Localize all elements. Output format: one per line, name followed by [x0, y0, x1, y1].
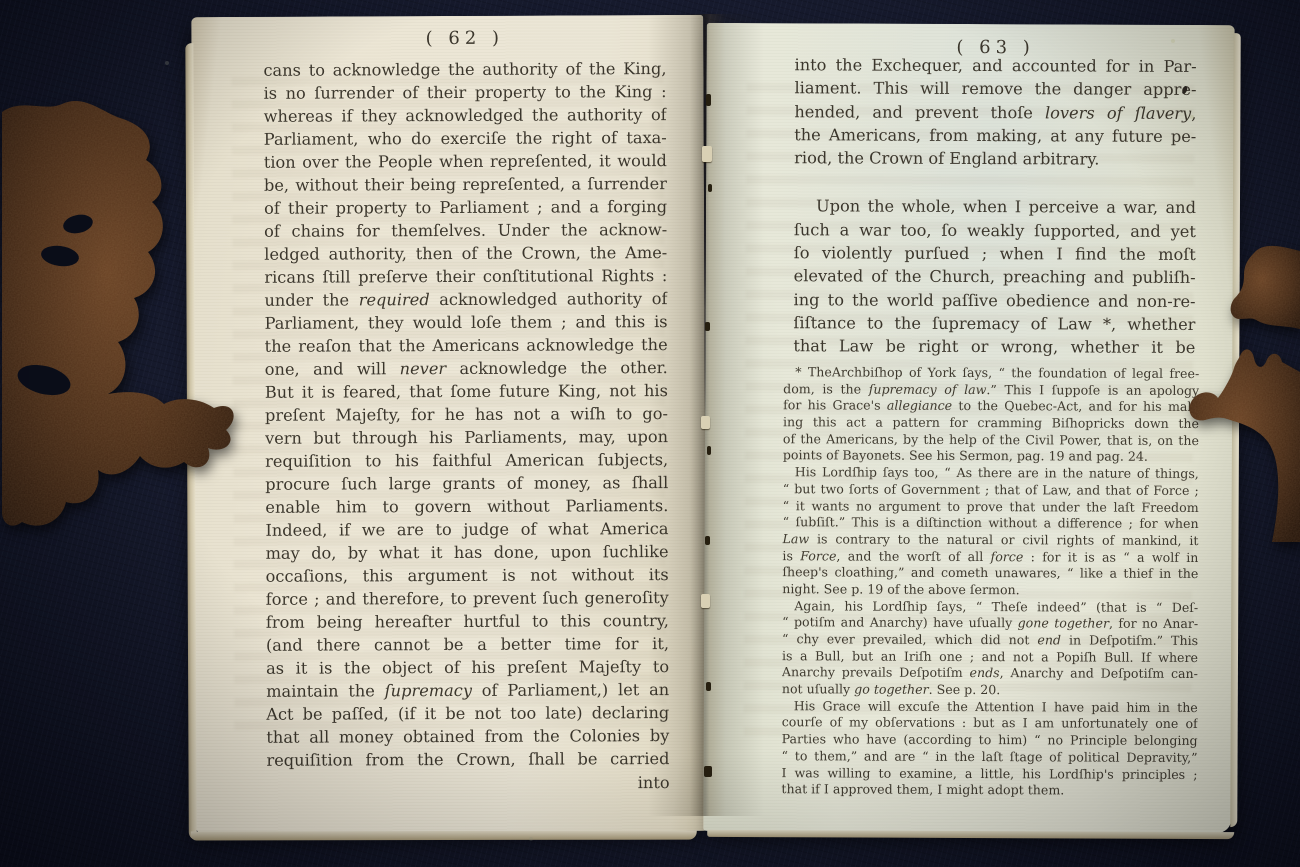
print-line: ing to the world paſſive obedience and n…	[794, 288, 1196, 313]
print-line: that if I approved them, I might adopt t…	[781, 781, 1197, 800]
print-line: Indeed, if we are to judge of what Ameri…	[265, 517, 668, 542]
print-line: ſheep's cloathing,” and cometh unawares,…	[782, 564, 1198, 583]
print-line: ledged authority, then of the Crown, the…	[264, 241, 667, 266]
print-line: is Force, and the worſt of all force : f…	[782, 548, 1198, 567]
print-line: I was willing to examine, a little, his …	[781, 765, 1197, 784]
metal-clasp-right-upper	[1228, 243, 1300, 339]
book-photograph: ( 62 ) cans to acknowledge the authority…	[0, 0, 1300, 867]
print-line: “ chy ever prevailed, which did not end …	[782, 631, 1198, 650]
print-line: hended, and prevent thoſe lovers of ſlav…	[794, 100, 1196, 125]
print-line: Parliament, who do exerciſe the right of…	[264, 126, 667, 151]
print-line: ſiſtance to the ſupremacy of Law *, whet…	[793, 311, 1195, 336]
print-line: maintain the ſupremacy of Parliament,) l…	[266, 678, 669, 703]
print-line: * TheArchbiſhop of York ſays, “ the foun…	[783, 364, 1199, 383]
print-line: (and there cannot be a better time for i…	[266, 632, 669, 657]
print-line: His Lordſhip ſays too, “ As there are in…	[783, 464, 1199, 483]
dust-specks	[0, 0, 2, 2]
print-line: “ potiſm and Anarchy) have uſually gone …	[782, 614, 1198, 633]
print-line: requiſition to his faithful American ſub…	[265, 448, 668, 473]
metal-clasp-left	[0, 96, 240, 536]
print-line: night. See p. 19 of the above ſermon.	[782, 581, 1198, 600]
print-line: riod, the Crown of England arbitrary.	[794, 146, 1196, 171]
print-line: of chains for themſelves. Under the ackn…	[264, 218, 667, 243]
print-line: procure ſuch large grants of money, as ſ…	[265, 471, 668, 496]
print-line: liament. This will remove the danger app…	[794, 77, 1196, 102]
footnote-paragraph-2: His Lordſhip ſays too, “ As there are in…	[782, 464, 1199, 599]
print-line: points of Bayonets. See his Sermon, pag.…	[783, 448, 1199, 467]
print-line: from being hereafter hurtful to this cou…	[266, 609, 669, 634]
print-line: requiſition from the Crown, ſhall be car…	[266, 747, 669, 772]
print-line: occaſions, this argument is not without …	[266, 563, 669, 588]
print-line: into the Exchequer, and accounted for in…	[795, 53, 1197, 78]
print-line: preſent Majeſty, for he has not a wiſh t…	[265, 402, 668, 427]
print-line: Parliament, they would loſe them ; and t…	[265, 310, 668, 335]
print-line: ing this act a pattern for cramming Biſh…	[783, 414, 1199, 433]
print-line: Parties who have (according to him) “ no…	[782, 731, 1198, 750]
print-line: of their property to Parliament ; and a …	[264, 195, 667, 220]
footnote-block: * TheArchbiſhop of York ſays, “ the foun…	[781, 364, 1199, 800]
print-line: under the required acknowledged authorit…	[264, 287, 667, 312]
print-line: not uſually go together. See p. 20.	[782, 681, 1198, 700]
print-line: “ to them,” and are “ in the laſt ſtage …	[782, 748, 1198, 767]
print-line: “ it wants no argument to prove that und…	[783, 498, 1199, 517]
metal-clasp-right-lower	[1188, 342, 1300, 542]
left-page-paragraph: cans to acknowledge the authority of the…	[263, 57, 669, 772]
print-line: Anarchy prevails Deſpotiſm ends, Anarchy…	[782, 665, 1198, 684]
print-line: as it is the object of his preſent Majeſ…	[266, 655, 669, 680]
print-line: vern but through his Parliaments, may, u…	[265, 425, 668, 450]
print-line: tion over the People when repreſented, i…	[264, 149, 667, 174]
footnote-paragraph-4: His Grace will excuſe the Attention I ha…	[781, 698, 1197, 800]
print-line: “ ſubſiſt.” This is a diſtinction withou…	[783, 514, 1199, 533]
print-line: But it is feared, that ſome future King,…	[265, 379, 668, 404]
print-line: that all money obtained from the Colonie…	[266, 724, 669, 749]
right-page-body-text: into the Exchequer, and accounted for in…	[793, 53, 1196, 359]
print-line: Again, his Lordſhip ſays, “ Theſe indeed…	[782, 598, 1198, 617]
print-line: of the Americans, by the help of the Civ…	[783, 431, 1199, 450]
print-line: dom, is the ſupremacy of law.” This I ſu…	[783, 381, 1199, 400]
right-page-paragraph-1: into the Exchequer, and accounted for in…	[794, 53, 1197, 171]
left-page-body-text: cans to acknowledge the authority of the…	[263, 57, 669, 796]
print-line: ſuch a war too, ſo weakly ſupported, and…	[794, 218, 1196, 243]
print-line: force ; and therefore, to prevent ſuch g…	[266, 586, 669, 611]
left-page: ( 62 ) cans to acknowledge the authority…	[191, 15, 707, 833]
print-line: elevated of the Church, preaching and pu…	[794, 265, 1196, 290]
print-line: whereas if they acknowledged the authori…	[264, 103, 667, 128]
page-number-left: ( 62 )	[263, 27, 666, 50]
footnote-paragraph-1: * TheArchbiſhop of York ſays, “ the foun…	[783, 364, 1199, 466]
right-page-paragraph-2: Upon the whole, when I perceive a war, a…	[793, 195, 1196, 360]
print-line: courſe of my obſervations : but as I am …	[782, 715, 1198, 734]
print-line: that Law be right or wrong, whether it b…	[793, 334, 1195, 359]
print-line: cans to acknowledge the authority of the…	[263, 57, 666, 82]
print-line: for his Grace's allegiance to the Quebec…	[783, 398, 1199, 417]
print-line: the reaſon that the Americans acknowledg…	[265, 333, 668, 358]
print-line: ſo violently purſued ; when I find the m…	[794, 241, 1196, 266]
print-line: Law is contrary to the natural or civil …	[782, 531, 1198, 550]
footnote-paragraph-3: Again, his Lordſhip ſays, “ Theſe indeed…	[782, 598, 1198, 700]
print-line: the Americans, from making, at any futur…	[794, 123, 1196, 148]
catchword: into	[267, 771, 670, 796]
print-line: enable him to govern without Parliaments…	[265, 494, 668, 519]
print-line: is no ſurrender of their property to the…	[264, 80, 667, 105]
print-line: Act be paſſed, (if it be not too late) d…	[266, 701, 669, 726]
print-line: ricans ſtill preſerve their conſtitution…	[264, 264, 667, 289]
right-page: ( 63 ) into the Exchequer, and accounted…	[703, 23, 1235, 833]
print-line: “ but two ſorts of Government ; that of …	[783, 481, 1199, 500]
print-line: is a Bull, but an Iriſh one ; and not a …	[782, 648, 1198, 667]
print-line: one, and will never acknowledge the othe…	[265, 356, 668, 381]
print-line: His Grace will excuſe the Attention I ha…	[782, 698, 1198, 717]
print-line: Upon the whole, when I perceive a war, a…	[794, 195, 1196, 220]
print-line: be, without their being repreſented, a ſ…	[264, 172, 667, 197]
print-line: may do, by what it has done, upon ſuchli…	[266, 540, 669, 565]
